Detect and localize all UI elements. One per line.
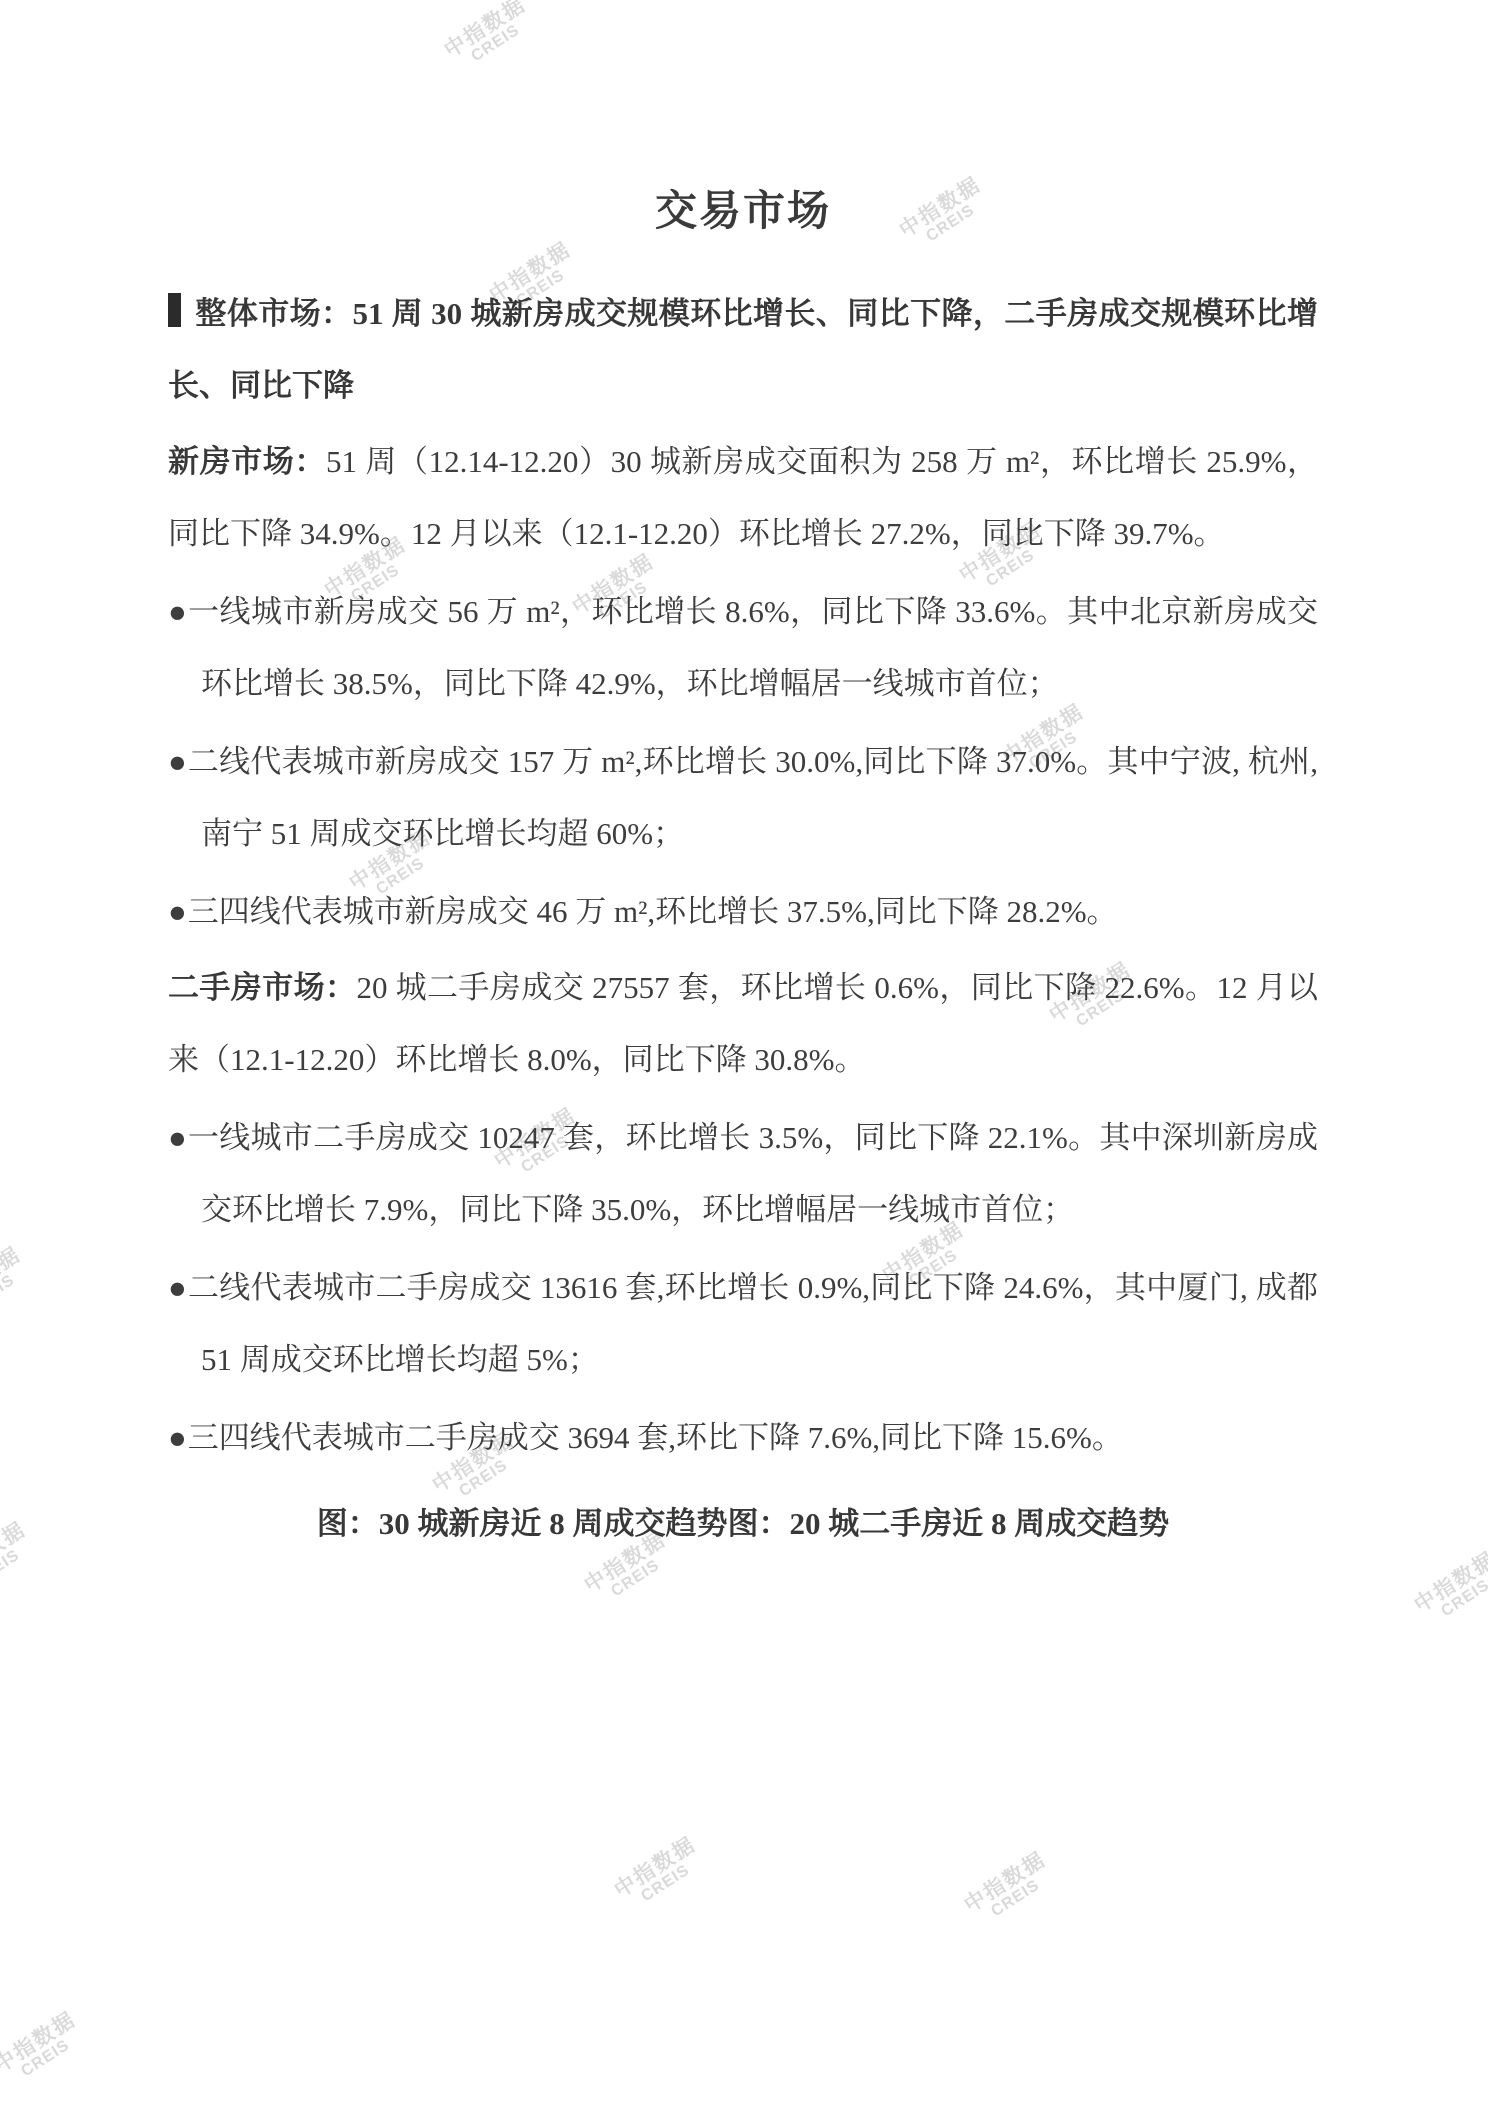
creis-watermark: 中指数据CREIS bbox=[1411, 1549, 1488, 1632]
overview-heading: 整体市场：51 周 30 城新房成交规模环比增长、同比下降，二手房成交规模环比增… bbox=[168, 278, 1318, 422]
new-home-summary-text: 51 周（12.14-12.20）30 城新房成交面积为 258 万 m²，环比… bbox=[168, 444, 1318, 551]
second-hand-summary-paragraph: 二手房市场：20 城二手房成交 27557 套，环比增长 0.6%，同比下降 2… bbox=[168, 952, 1318, 1096]
new-home-bullet-tier34: 三四线代表城市新房成交 46 万 m²,环比增长 37.5%,同比下降 28.2… bbox=[188, 894, 1118, 929]
bullet-icon: ● bbox=[168, 1420, 187, 1455]
bullet-icon: ● bbox=[168, 594, 187, 629]
new-home-summary-paragraph: 新房市场：51 周（12.14-12.20）30 城新房成交面积为 258 万 … bbox=[168, 426, 1318, 570]
new-home-label: 新房市场： bbox=[168, 444, 326, 479]
list-item: ●二线代表城市二手房成交 13616 套,环比增长 0.9%,同比下降 24.6… bbox=[168, 1252, 1318, 1396]
bullet-icon: ● bbox=[168, 1270, 187, 1305]
list-item: ●二线代表城市新房成交 157 万 m²,环比增长 30.0%,同比下降 37.… bbox=[168, 726, 1318, 870]
figure-caption-new-home: 图：30 城新房近 8 周成交趋势 bbox=[317, 1506, 728, 1541]
bullet-icon: ● bbox=[168, 744, 187, 779]
figure-captions: 图：30 城新房近 8 周成交趋势图：20 城二手房近 8 周成交趋势 bbox=[168, 1488, 1318, 1560]
bullet-icon: ● bbox=[168, 894, 187, 929]
second-hand-label: 二手房市场： bbox=[168, 970, 356, 1005]
list-item: ●三四线代表城市新房成交 46 万 m²,环比增长 37.5%,同比下降 28.… bbox=[168, 876, 1318, 948]
list-item: ●一线城市二手房成交 10247 套，环比增长 3.5%，同比下降 22.1%。… bbox=[168, 1102, 1318, 1246]
new-home-bullet-tier2: 二线代表城市新房成交 157 万 m²,环比增长 30.0%,同比下降 37.0… bbox=[188, 744, 1318, 851]
overview-heading-text: 整体市场：51 周 30 城新房成交规模环比增长、同比下降，二手房成交规模环比增… bbox=[168, 296, 1318, 403]
creis-watermark: 中指数据CREIS bbox=[961, 1849, 1059, 1932]
creis-watermark: 中指数据CREIS bbox=[0, 2009, 89, 2092]
figure-caption-second-hand: 图：20 城二手房近 8 周成交趋势 bbox=[728, 1506, 1170, 1541]
list-item: ●三四线代表城市二手房成交 3694 套,环比下降 7.6%,同比下降 15.6… bbox=[168, 1402, 1318, 1474]
bullet-icon: ● bbox=[168, 1120, 187, 1155]
list-item: ●一线城市新房成交 56 万 m²，环比增长 8.6%，同比下降 33.6%。其… bbox=[168, 576, 1318, 720]
second-hand-bullet-tier1: 一线城市二手房成交 10247 套，环比增长 3.5%，同比下降 22.1%。其… bbox=[188, 1120, 1318, 1227]
report-page: 中指数据CREIS中指数据CREIS中指数据CREIS中指数据CREIS中指数据… bbox=[0, 0, 1488, 2104]
section-marker-bar bbox=[168, 293, 181, 327]
page-title: 交易市场 bbox=[168, 190, 1318, 232]
page-content: 交易市场 整体市场：51 周 30 城新房成交规模环比增长、同比下降，二手房成交… bbox=[0, 0, 1488, 1560]
creis-watermark: 中指数据CREIS bbox=[611, 1834, 709, 1917]
new-home-bullet-tier1: 一线城市新房成交 56 万 m²，环比增长 8.6%，同比下降 33.6%。其中… bbox=[188, 594, 1318, 701]
second-hand-bullet-tier34: 三四线代表城市二手房成交 3694 套,环比下降 7.6%,同比下降 15.6%… bbox=[188, 1420, 1123, 1455]
second-hand-bullet-tier2: 二线代表城市二手房成交 13616 套,环比增长 0.9%,同比下降 24.6%… bbox=[188, 1270, 1318, 1377]
